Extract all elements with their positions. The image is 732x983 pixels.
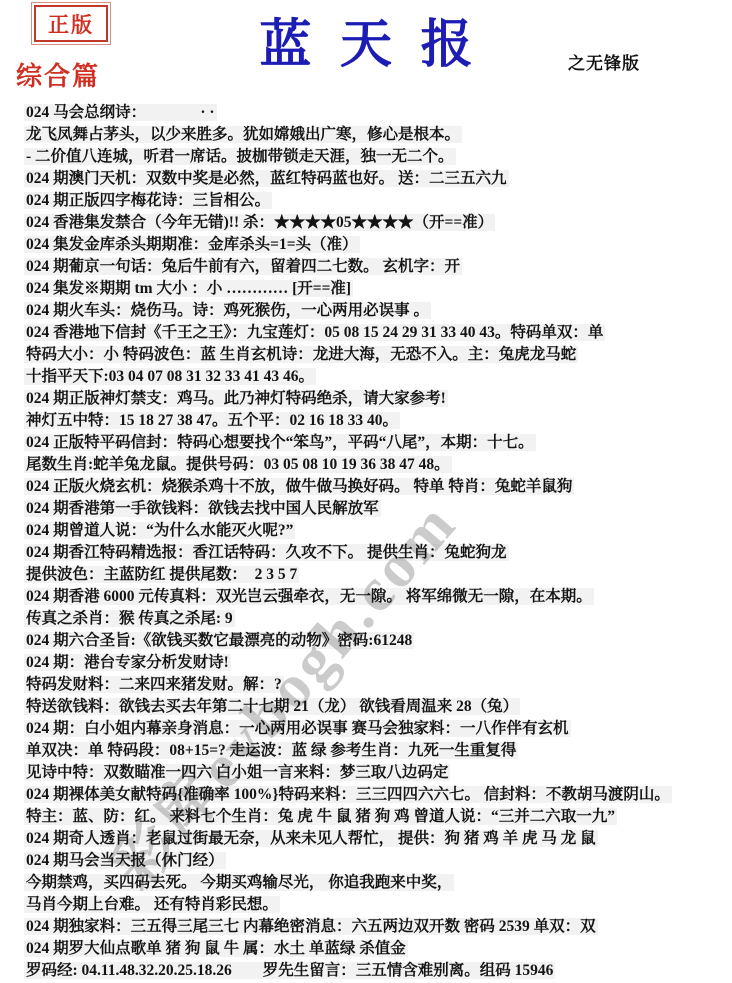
text-line-content: 提供波色：主蓝防红 提供尾数： 2 3 5 7 — [24, 566, 299, 583]
text-line-content: 024 期澳门天机：双数中奖是必然，蓝红特码蓝也好。 送：二三五六九 — [24, 170, 509, 187]
text-line: 024 期：白小姐内幕亲身消息：一心两用必误事 赛马会独家料：一八作伴有玄机 — [24, 718, 728, 740]
text-line: - 二价值八连城，听君一席话。披枷带锁走天涯，独一无二个。 — [24, 146, 728, 168]
text-line-content: 024 马会总纲诗： · · — [24, 104, 217, 121]
text-line-content: 尾数生肖:蛇羊兔龙鼠。提供号码：03 05 08 10 19 36 38 47 … — [24, 456, 452, 473]
text-line-content: 马肖今期上台难。 还有特肖彩民想。 — [24, 896, 280, 913]
text-line: 提供波色：主蓝防红 提供尾数： 2 3 5 7 — [24, 564, 728, 586]
text-line: 024 期葡京一句话：兔后牛前有六，留着四二七数。 玄机字：开 — [24, 256, 728, 278]
text-line-content: 024 期火车头：烧伤马。诗：鸡死猴伤，一心两用必误事 。 — [24, 302, 431, 319]
text-line: 024 期火车头：烧伤马。诗：鸡死猴伤，一心两用必误事 。 — [24, 300, 728, 322]
text-line: 尾数生肖:蛇羊兔龙鼠。提供号码：03 05 08 10 19 36 38 47 … — [24, 454, 728, 476]
text-line-content: 024 期奇人透肖：老鼠过街最无奈，从来未见人帮忙， 提供：狗 猪 鸡 羊 虎 … — [24, 830, 598, 847]
text-line-content: 024 集发※期期 tm 大小 ：小 ………… [开==准] — [24, 280, 353, 297]
text-line-content: 024 期正版四字梅花诗：三旨相公。 — [24, 192, 272, 209]
text-line-content: 024 期独家料：三五得三尾三七 内幕绝密消息：六五两边双开数 密码 2539 … — [24, 918, 598, 935]
text-line: 024 期正版四字梅花诗：三旨相公。 — [24, 190, 728, 212]
text-line-content: 024 期葡京一句话：兔后牛前有六，留着四二七数。 玄机字：开 — [24, 258, 462, 275]
text-line-content: 024 期罗大仙点歌单 猪 狗 鼠 牛 属：水土 单蓝绿 杀值金 — [24, 940, 408, 957]
text-line-content: 024 期马会当天报（休门经） — [24, 852, 226, 869]
text-line: 024 期曾道人说：“为什么水能灭火呢?” — [24, 520, 728, 542]
text-line-content: 024 期香港 6000 元传真料：双光岂云强牵衣，无一隙。 将军绵微无一隙，在… — [24, 588, 594, 605]
text-line: 特送欲钱料：欲钱去买去年第二十七期 21（龙） 欲钱看周温来 28（兔） — [24, 696, 728, 718]
edition-label: 之无锋版 — [568, 49, 640, 74]
text-line: 024 期香港 6000 元传真料：双光岂云强牵衣，无一隙。 将军绵微无一隙，在… — [24, 586, 728, 608]
text-line: 今期禁鸡，买四码去死。 今期买鸡输尽光， 你追我跑来中奖， — [24, 872, 728, 894]
text-line: 024 期罗大仙点歌单 猪 狗 鼠 牛 属：水土 单蓝绿 杀值金 — [24, 938, 728, 960]
text-line-content: 024 期裸体美女献特码{准确率 100%}特码来料：三三四四六六七。 信封料：… — [24, 786, 672, 803]
text-line: 单双决：单 特码段：08+15=? 走运波：蓝 绿 参考生肖：九死一生重复得 — [24, 740, 728, 762]
text-line-content: 024 正版特平码信封：特码心想要找个“笨鸟”，平码“八尾”，本期：十七。 — [24, 434, 536, 451]
text-line: 龙飞凤舞占茅头，以少来胜多。犹如嫦娥出广寒，修心是根本。 — [24, 124, 728, 146]
text-line-content: 024 香港集发禁合（今年无错)!! 杀：★★★★05★★★★（开==准） — [24, 214, 495, 231]
text-line: 024 马会总纲诗： · · — [24, 102, 728, 124]
text-line: 024 期澳门天机：双数中奖是必然，蓝红特码蓝也好。 送：二三五六九 — [24, 168, 728, 190]
text-line: 特主：蓝、防：红。 来料七个生肖：兔 虎 牛 鼠 猪 狗 鸡 曾道人说：“三并二… — [24, 806, 728, 828]
text-line-content: 今期禁鸡，买四码去死。 今期买鸡输尽光， 你追我跑来中奖， — [24, 874, 454, 891]
text-line-content: 024 期香江特码精选报：香江话特码：久攻不下。 提供生肖：兔蛇狗龙 — [24, 544, 509, 561]
text-line-content: 024 期香港第一手欲钱料：欲钱去找中国人民解放军 — [24, 500, 381, 517]
text-line-content: 见诗中特：双数瞄准一四六 白小姐一言来料：梦三取八边码定 — [24, 764, 450, 781]
text-line: 024 期独家料：三五得三尾三七 内幕绝密消息：六五两边双开数 密码 2539 … — [24, 916, 728, 938]
text-line: 罗码经: 04.11.48.32.20.25.18.26 罗先生留言：三五情含难… — [24, 960, 728, 982]
text-line: 024 正版火烧玄机：烧猴杀鸡十不放，做牛做马换好码。 特单 特肖：兔蛇羊鼠狗 — [24, 476, 728, 498]
text-line-content: 龙飞凤舞占茅头，以少来胜多。犹如嫦娥出广寒，修心是根本。 — [24, 126, 462, 143]
text-line: 024 期香江特码精选报：香江话特码：久攻不下。 提供生肖：兔蛇狗龙 — [24, 542, 728, 564]
text-line: 024 正版特平码信封：特码心想要找个“笨鸟”，平码“八尾”，本期：十七。 — [24, 432, 728, 454]
text-line: 024 期正版神灯禁支：鸡马。此乃神灯特码绝杀，请大家参考! — [24, 388, 728, 410]
text-line: 024 集发※期期 tm 大小 ：小 ………… [开==准] — [24, 278, 728, 300]
text-line: 024 期：港台专家分析发财诗! — [24, 652, 728, 674]
text-line-content: 024 期六合圣旨:《欲钱买数它最漂亮的动物》密码:61248 — [24, 632, 414, 649]
text-line-content: 024 集发金库杀头期期准：金库杀头=1=头（准） — [24, 236, 360, 253]
text-line-content: 024 正版火烧玄机：烧猴杀鸡十不放，做牛做马换好码。 特单 特肖：兔蛇羊鼠狗 — [24, 478, 574, 495]
text-line-content: 024 期曾道人说：“为什么水能灭火呢?” — [24, 522, 295, 539]
text-line: 024 期香港第一手欲钱料：欲钱去找中国人民解放军 — [24, 498, 728, 520]
text-line-content: 神灯五中特：15 18 27 38 47。五个平：02 16 18 33 40。 — [24, 412, 400, 429]
text-line-content: 024 期：港台专家分析发财诗! — [24, 654, 231, 671]
text-line: 马肖今期上台难。 还有特肖彩民想。 — [24, 894, 728, 916]
text-line-content: 传真之杀肖：猴 传真之杀尾: 9 — [24, 610, 235, 627]
text-line: 神灯五中特：15 18 27 38 47。五个平：02 16 18 33 40。 — [24, 410, 728, 432]
text-line-content: 特主：蓝、防：红。 来料七个生肖：兔 虎 牛 鼠 猪 狗 鸡 曾道人说：“三并二… — [24, 808, 617, 825]
text-line-content: 024 期正版神灯禁支：鸡马。此乃神灯特码绝杀，请大家参考! — [24, 390, 448, 407]
text-line: 传真之杀肖：猴 传真之杀尾: 9 — [24, 608, 728, 630]
text-line: 十指平天下:03 04 07 08 31 32 33 41 43 46。 — [24, 366, 728, 388]
text-line: 024 期奇人透肖：老鼠过街最无奈，从来未见人帮忙， 提供：狗 猪 鸡 羊 虎 … — [24, 828, 728, 850]
text-line-content: 024 期：白小姐内幕亲身消息：一心两用必误事 赛马会独家料：一八作伴有玄机 — [24, 720, 571, 737]
text-line-content: 特送欲钱料：欲钱去买去年第二十七期 21（龙） 欲钱看周温来 28（兔） — [24, 698, 520, 715]
section-title: 综合篇 — [16, 56, 100, 93]
newspaper-page: 正版 蓝天报 之无锋版 综合篇 彩库evbogh.com 024 马会总纲诗： … — [0, 0, 732, 983]
text-line-content: 024 香港地下信封《千王之王》：九宝莲灯：05 08 15 24 29 31 … — [24, 324, 605, 341]
text-line: 024 集发金库杀头期期准：金库杀头=1=头（准） — [24, 234, 728, 256]
text-line-content: 十指平天下:03 04 07 08 31 32 33 41 43 46。 — [24, 368, 316, 385]
text-line: 024 期六合圣旨:《欲钱买数它最漂亮的动物》密码:61248 — [24, 630, 728, 652]
body-text: 024 马会总纲诗： · · 龙飞凤舞占茅头，以少来胜多。犹如嫦娥出广寒，修心是… — [24, 102, 728, 982]
text-line: 024 香港集发禁合（今年无错)!! 杀：★★★★05★★★★（开==准） — [24, 212, 728, 234]
text-line-content: - 二价值八连城，听君一席话。披枷带锁走天涯，独一无二个。 — [24, 148, 456, 165]
text-line-content: 特码发财料：二来四来猪发财。解：? — [24, 676, 284, 693]
text-line-content: 罗码经: 04.11.48.32.20.25.18.26 罗先生留言：三五情含难… — [24, 962, 555, 979]
text-line: 特码发财料：二来四来猪发财。解：? — [24, 674, 728, 696]
text-line-content: 特码大小：小 特码波色：蓝 生肖玄机诗：龙进大海，无恐不入。主：兔虎龙马蛇 — [24, 346, 578, 363]
text-line-content: 单双决：单 特码段：08+15=? 走运波：蓝 绿 参考生肖：九死一生重复得 — [24, 742, 518, 759]
text-line: 见诗中特：双数瞄准一四六 白小姐一言来料：梦三取八边码定 — [24, 762, 728, 784]
text-line: 024 香港地下信封《千王之王》：九宝莲灯：05 08 15 24 29 31 … — [24, 322, 728, 344]
text-line: 特码大小：小 特码波色：蓝 生肖玄机诗：龙进大海，无恐不入。主：兔虎龙马蛇 — [24, 344, 728, 366]
text-line: 024 期裸体美女献特码{准确率 100%}特码来料：三三四四六六七。 信封料：… — [24, 784, 728, 806]
text-line: 024 期马会当天报（休门经） — [24, 850, 728, 872]
